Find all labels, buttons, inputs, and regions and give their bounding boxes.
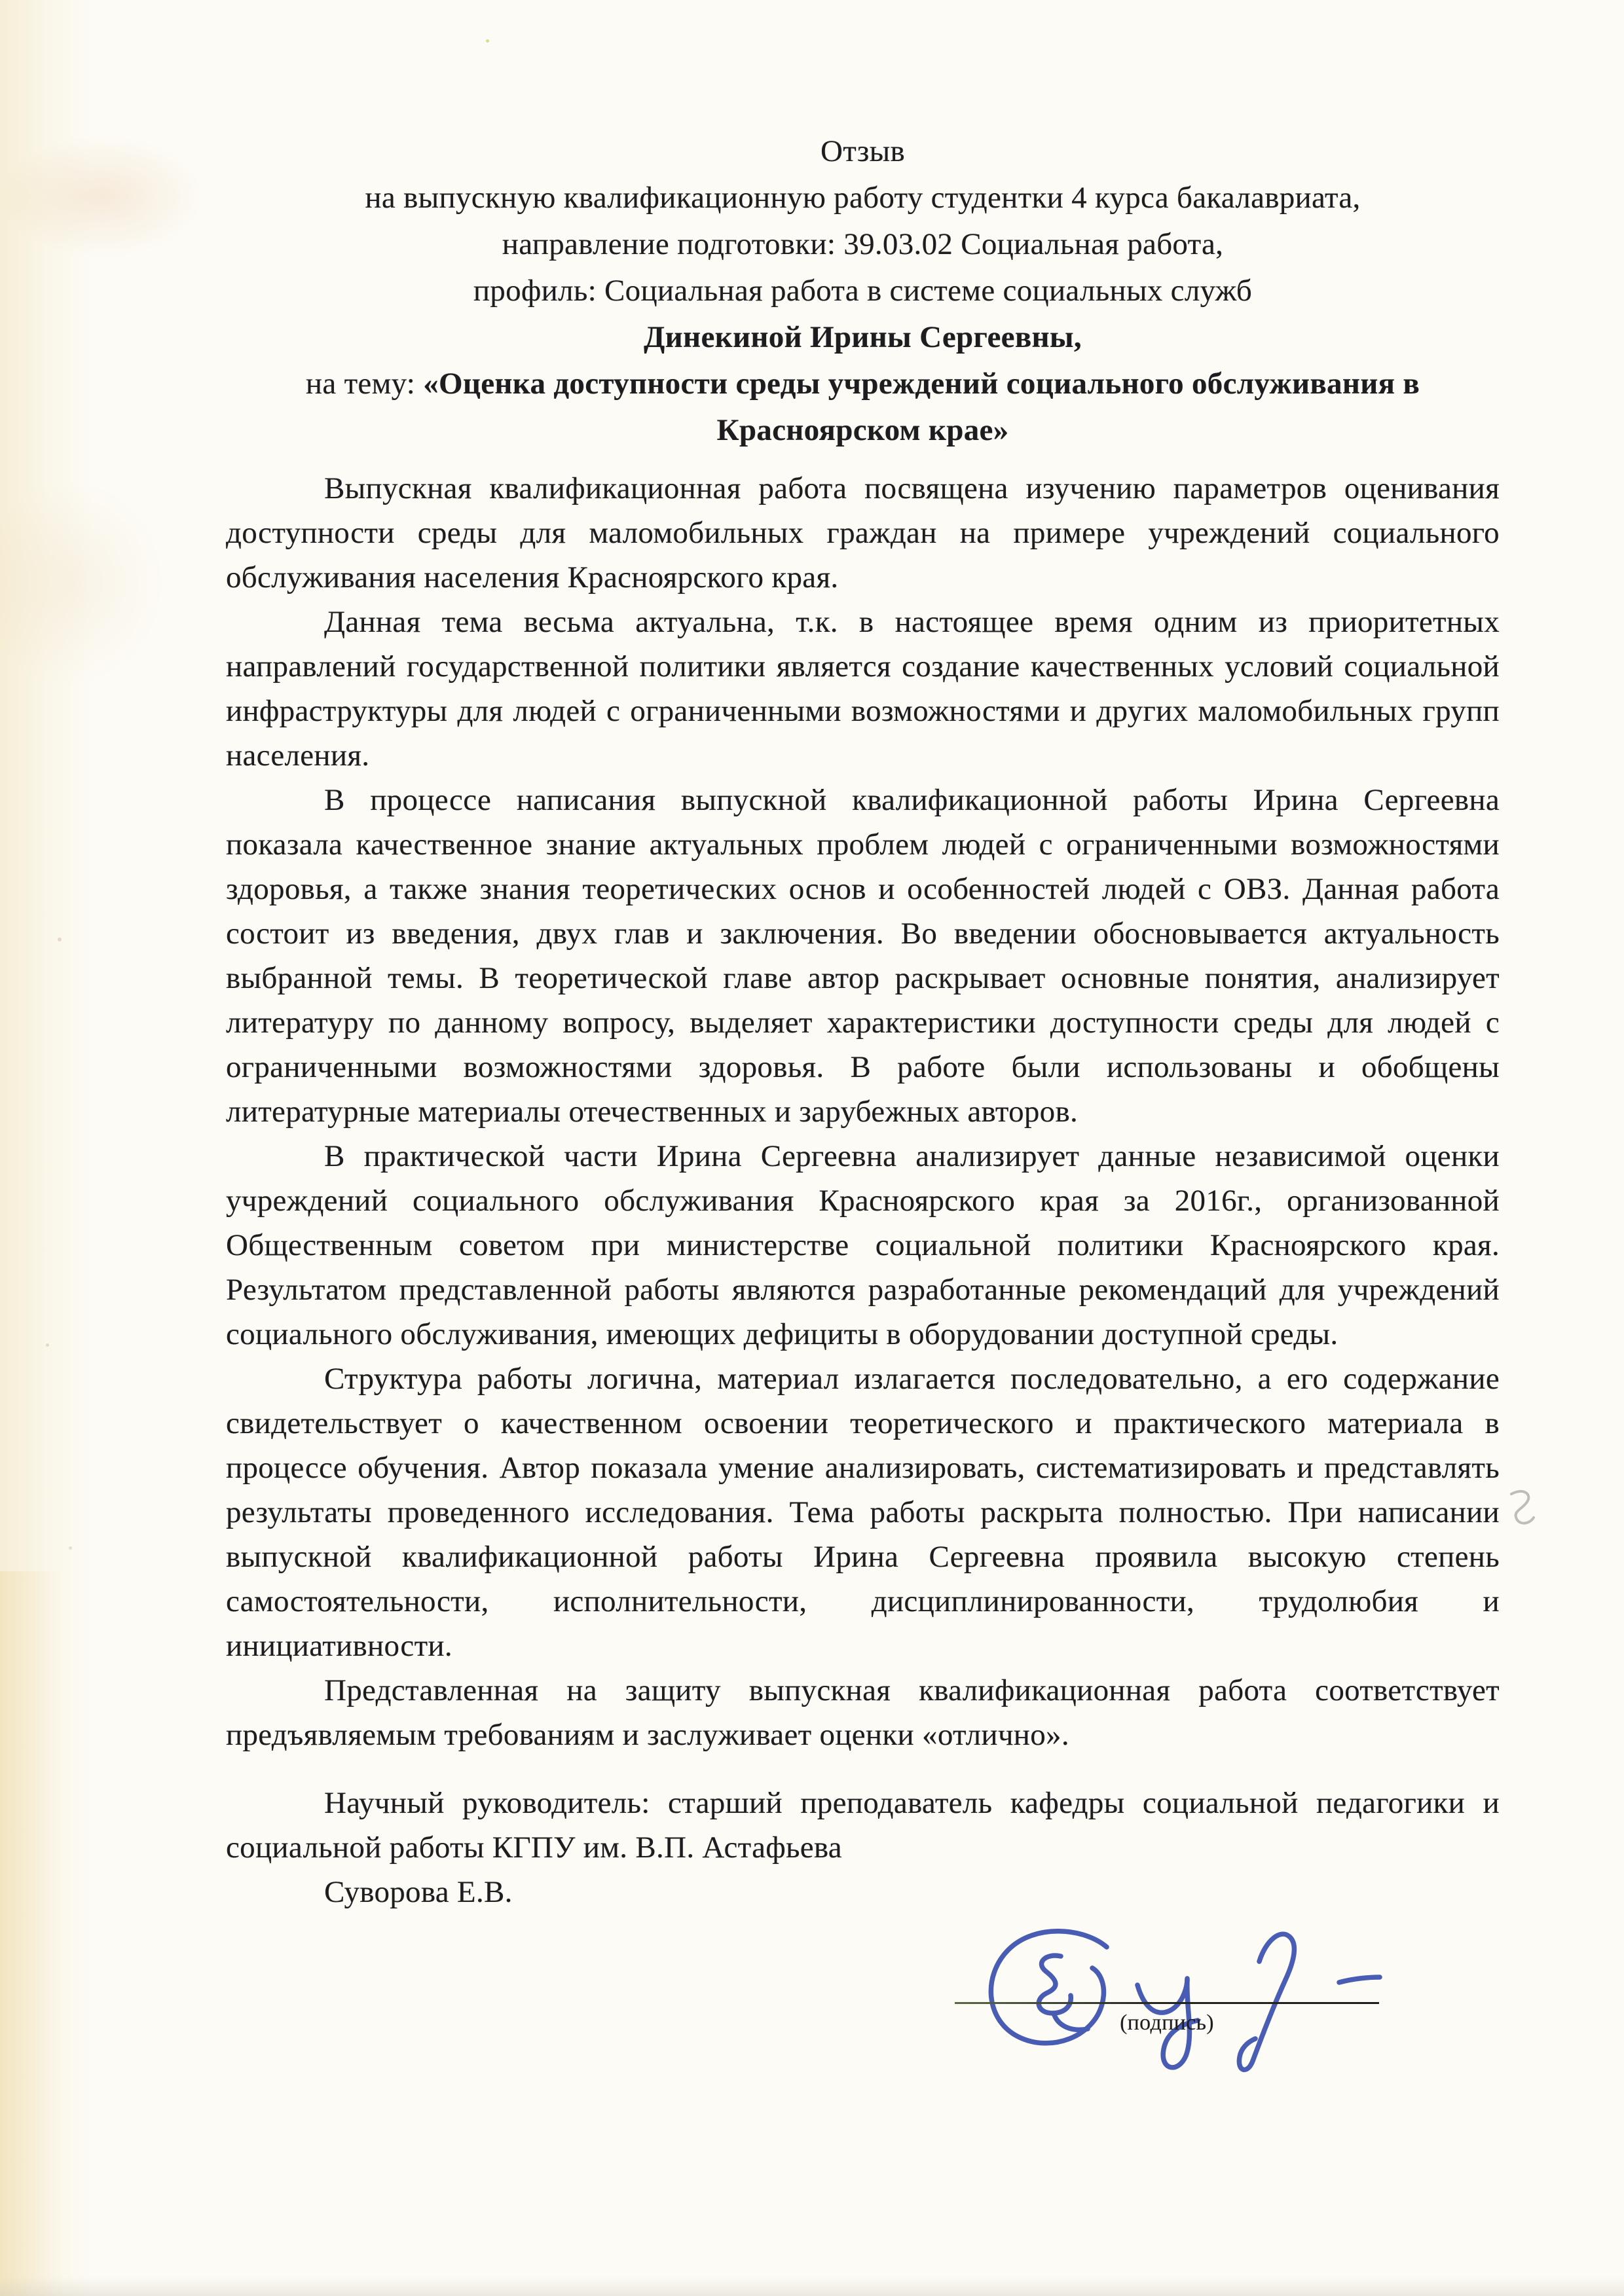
signature-caption: (подпись) bbox=[955, 2010, 1379, 2036]
thesis-theme: на тему: «Оценка доступности среды учреж… bbox=[226, 361, 1500, 454]
paper-smudge bbox=[0, 111, 242, 282]
document-header: Отзыв на выпускную квалификационную рабо… bbox=[226, 128, 1500, 454]
document-title: Отзыв bbox=[226, 128, 1500, 175]
paper-speck bbox=[46, 1343, 49, 1347]
header-line-profile: профиль: Социальная работа в системе соц… bbox=[226, 268, 1500, 314]
paper-smudge bbox=[0, 445, 196, 720]
supervisor-paragraph: Научный руководитель: старший преподават… bbox=[226, 1781, 1500, 1870]
header-line-work: на выпускную квалификационную работу сту… bbox=[226, 175, 1500, 221]
signature-ink bbox=[972, 1922, 1405, 2076]
paragraph: Структура работы логична, материал излаг… bbox=[226, 1357, 1500, 1668]
scan-edge-tint bbox=[0, 0, 92, 2296]
paragraph: В практической части Ирина Сергеевна ана… bbox=[226, 1134, 1500, 1357]
paper-speck bbox=[486, 39, 489, 43]
theme-title: «Оценка доступности среды учреждений соц… bbox=[423, 367, 1420, 447]
theme-prefix: на тему: bbox=[306, 367, 423, 401]
document-body: Выпускная квалификационная работа посвящ… bbox=[226, 466, 1500, 1914]
scanned-review-page: Отзыв на выпускную квалификационную рабо… bbox=[0, 0, 1624, 2296]
student-name: Динекиной Ирины Сергеевны, bbox=[226, 314, 1500, 361]
paper-speck bbox=[58, 938, 62, 941]
paragraph: Выпускная квалификационная работа посвящ… bbox=[226, 466, 1500, 600]
paper-speck bbox=[69, 1546, 72, 1550]
signature-line bbox=[955, 2002, 1379, 2004]
paragraph: Представленная на защиту выпускная квали… bbox=[226, 1668, 1500, 1757]
signer-name: Суворова Е.В. bbox=[226, 1870, 1500, 1914]
margin-pencil-squiggle bbox=[1505, 1485, 1539, 1531]
paragraph: Данная тема весьма актуальна, т.к. в нас… bbox=[226, 600, 1500, 778]
scan-edge-tint-lower bbox=[0, 1571, 72, 2296]
scan-bottom-shadow bbox=[0, 2276, 1624, 2296]
header-line-direction: направление подготовки: 39.03.02 Социаль… bbox=[226, 221, 1500, 268]
paragraph: В процессе написания выпускной квалифика… bbox=[226, 778, 1500, 1134]
